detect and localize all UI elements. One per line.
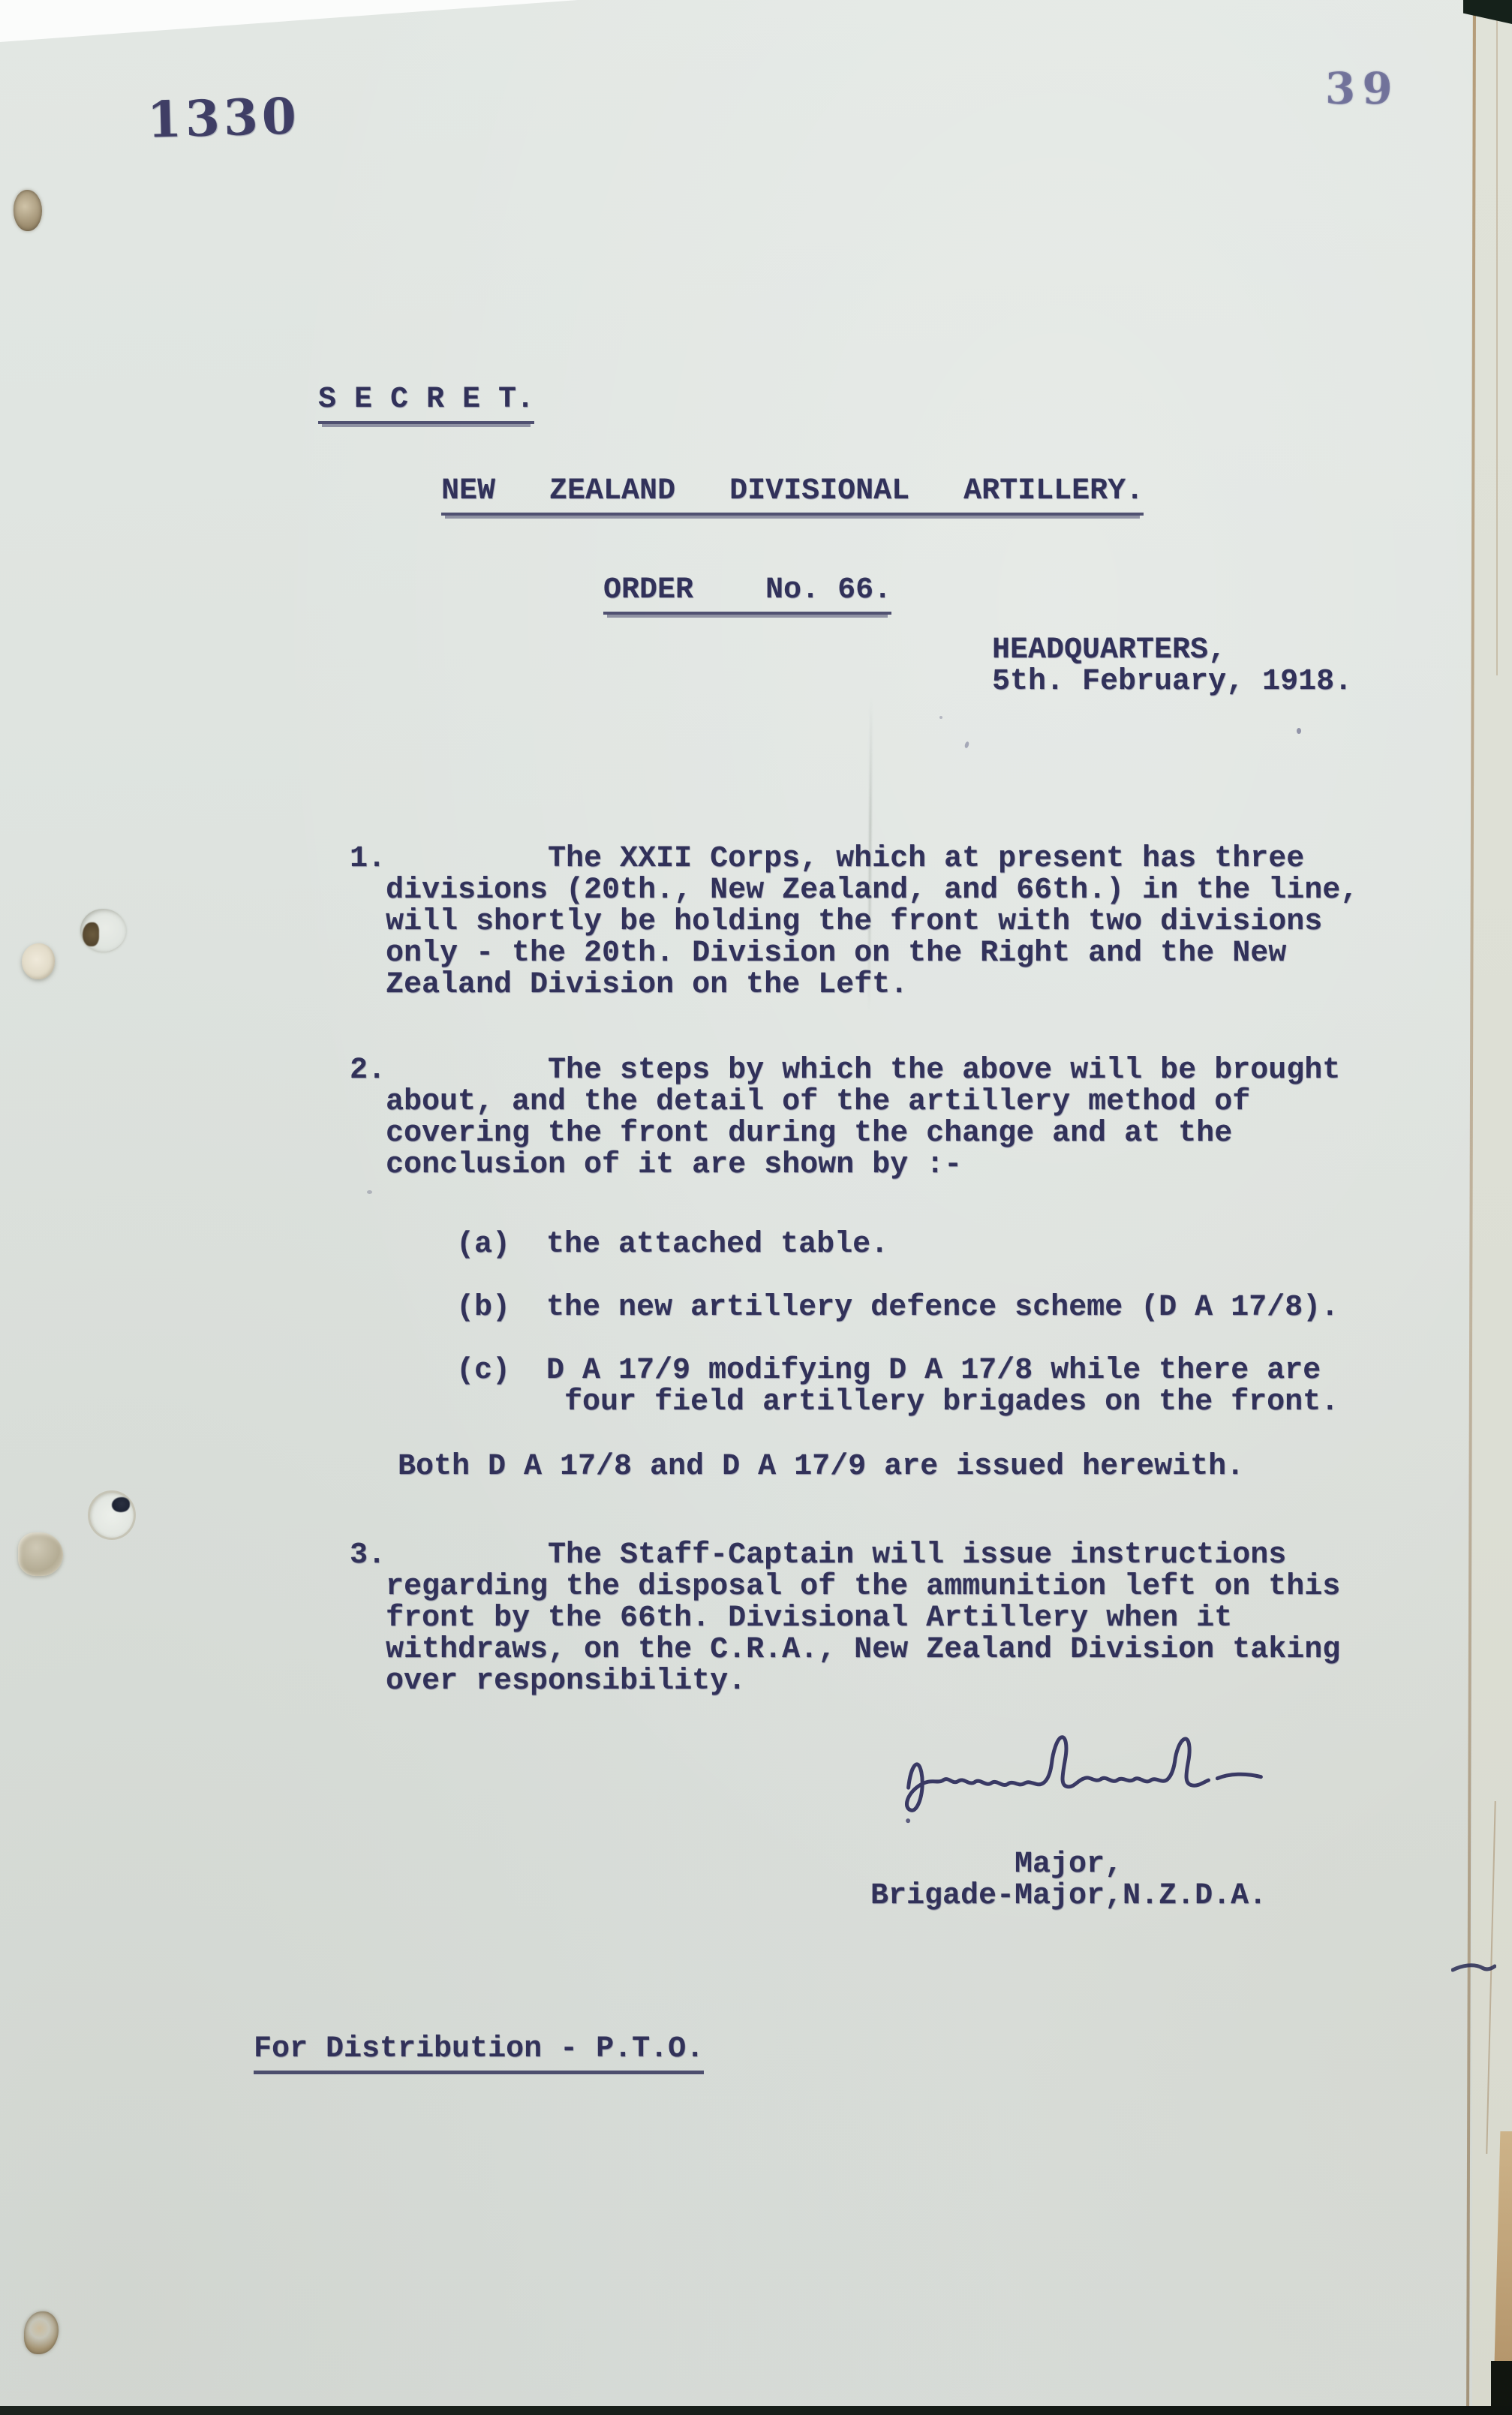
order-number-heading: ORDER No. 66. bbox=[567, 543, 891, 606]
signature-rank-block: Major, Brigade-Major,N.Z.D.A. bbox=[870, 1849, 1267, 1912]
list-item-a: (a) the attached table. bbox=[456, 1229, 888, 1261]
punch-ring-dark-spot bbox=[112, 1497, 130, 1512]
punch-hole-bottom-left bbox=[24, 2311, 59, 2354]
background-wedge-top-left bbox=[0, 0, 578, 42]
secondary-edge-line-top bbox=[1496, 0, 1498, 675]
paragraph-2: 2. The steps by which the above will be … bbox=[350, 1055, 1340, 1181]
order-number-text: ORDER No. 66. bbox=[603, 573, 891, 615]
issued-herewith-line: Both D A 17/8 and D A 17/9 are issued he… bbox=[398, 1451, 1244, 1483]
unit-title-text: NEW ZEALAND DIVISIONAL ARTILLERY. bbox=[441, 474, 1144, 516]
distribution-note: For Distribution - P.T.O. bbox=[218, 2002, 704, 2065]
ink-speck-2 bbox=[964, 741, 970, 748]
place-date-block: HEADQUARTERS, 5th. February, 1918. bbox=[992, 635, 1352, 698]
adjacent-page-strip bbox=[1472, 0, 1512, 2415]
ragged-hole-second-left bbox=[18, 1532, 63, 1576]
ink-speck-1 bbox=[1297, 728, 1301, 734]
page-number: 39 bbox=[1325, 63, 1399, 114]
list-item-b: (b) the new artillery defence scheme (D … bbox=[456, 1292, 1339, 1324]
punch-hole-mid-lower-left bbox=[22, 943, 55, 979]
ink-mark-right-edge bbox=[1451, 1962, 1496, 1974]
dark-strip-bottom bbox=[0, 2406, 1512, 2415]
list-item-c: (c) D A 17/9 modifying D A 17/8 while th… bbox=[456, 1355, 1339, 1418]
ink-speck-4 bbox=[939, 716, 942, 719]
ink-speck-3 bbox=[367, 1190, 372, 1194]
paragraph-3: 3. The Staff-Captain will issue instruct… bbox=[350, 1540, 1340, 1698]
classification-heading: S E C R E T. bbox=[282, 353, 534, 416]
registry-number-stamp: 1330 bbox=[146, 86, 301, 149]
paragraph-1: 1. The XXII Corps, which at present has … bbox=[350, 844, 1358, 1001]
punch-ring-second-right bbox=[88, 1490, 136, 1540]
classification-text: S E C R E T. bbox=[318, 383, 534, 424]
punch-hole-top-left bbox=[14, 190, 42, 231]
distribution-note-text: For Distribution - P.T.O. bbox=[254, 2032, 704, 2074]
unit-title-heading: NEW ZEALAND DIVISIONAL ARTILLERY. bbox=[405, 444, 1144, 507]
punch-hole-mid-upper-dark-crescent bbox=[83, 922, 99, 946]
handwritten-signature bbox=[890, 1716, 1276, 1827]
